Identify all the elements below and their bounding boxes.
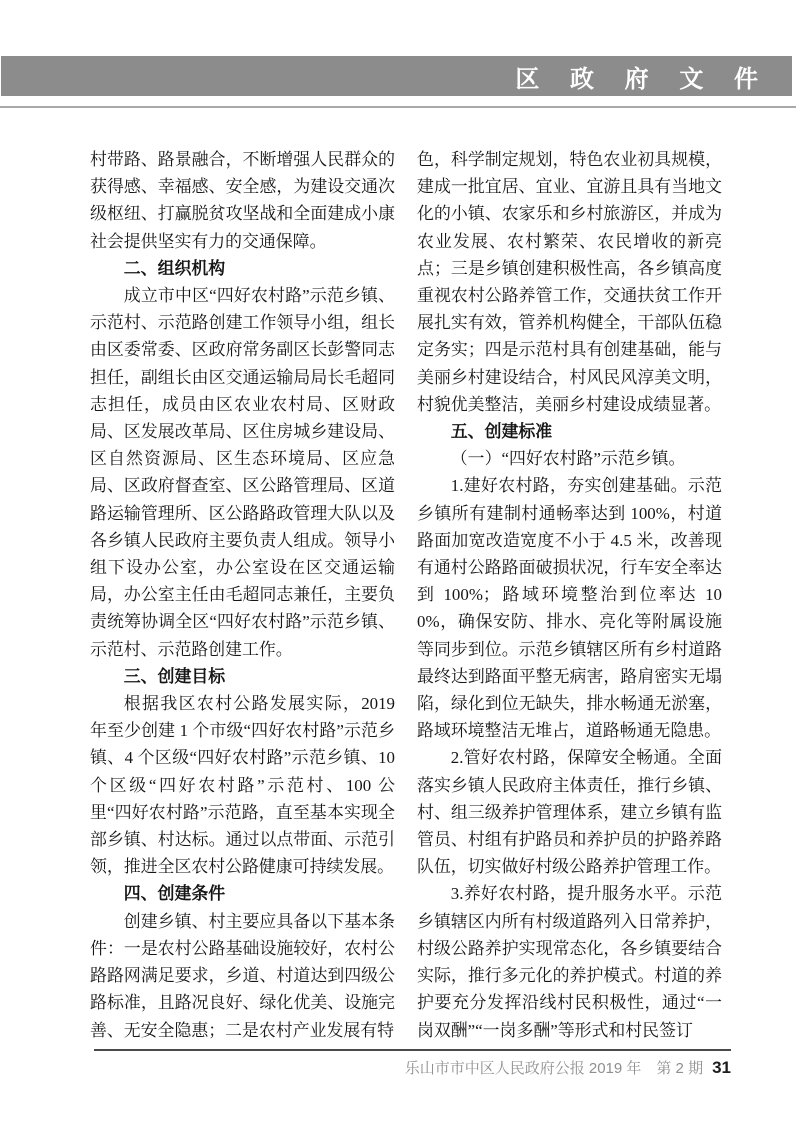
paragraph: 色，科学制定规划，特色农业初具规模，建成一批宜居、宜业、宜游且具有当地文化的小镇… [417,146,722,418]
section-heading: 四、创建条件 [90,880,395,907]
paragraph: （一）“四好农村路”示范乡镇。 [417,445,722,472]
header-rule [0,106,796,108]
paragraph: 根据我区农村公路发展实际，2019 年至少创建 1 个市级“四好农村路”示范乡镇… [90,690,395,880]
footer-rule [94,1049,731,1051]
paragraph: 成立市中区“四好农村路”示范乡镇、示范村、示范路创建工作领导小组，组长由区委常委… [90,282,395,663]
section-heading: 二、组织机构 [90,255,395,282]
page-number: 31 [712,1058,731,1077]
left-column: 村带路、路景融合，不断增强人民群众的获得感、幸福感、安全感，为建设交通次级枢纽、… [90,146,395,1046]
paragraph: 2.管好农村路，保障安全畅通。全面落实乡镇人民政府主体责任，推行乡镇、村、组三级… [417,744,722,880]
paragraph: 1.建好农村路，夯实创建基础。示范乡镇所有建制村通畅率达到 100%，村道路面加… [417,472,722,744]
paragraph: 创建乡镇、村主要应具备以下基本条件：一是农村公路基础设施较好，农村公路路网满足要… [90,908,395,1044]
document-body: 村带路、路景融合，不断增强人民群众的获得感、幸福感、安全感，为建设交通次级枢纽、… [90,146,722,1046]
banner-title: 区 政 府 文 件 [515,59,770,94]
paragraph: 3.养好农村路，提升服务水平。示范乡镇辖区内所有村级道路列入日常养护，村级公路养… [417,880,722,1043]
page-footer: 乐山市市中区人民政府公报 2019 年 第 2 期31 [94,1057,731,1080]
header-banner: 区 政 府 文 件 [1,56,792,96]
section-heading: 五、创建标准 [417,418,722,445]
journal-title: 乐山市市中区人民政府公报 2019 年 第 2 期 [405,1060,703,1077]
paragraph: 村带路、路景融合，不断增强人民群众的获得感、幸福感、安全感，为建设交通次级枢纽、… [90,146,395,255]
section-heading: 三、创建目标 [90,663,395,690]
document-page: 区 政 府 文 件 村带路、路景融合，不断增强人民群众的获得感、幸福感、安全感，… [0,0,800,1131]
right-column: 色，科学制定规划，特色农业初具规模，建成一批宜居、宜业、宜游且具有当地文化的小镇… [417,146,722,1046]
